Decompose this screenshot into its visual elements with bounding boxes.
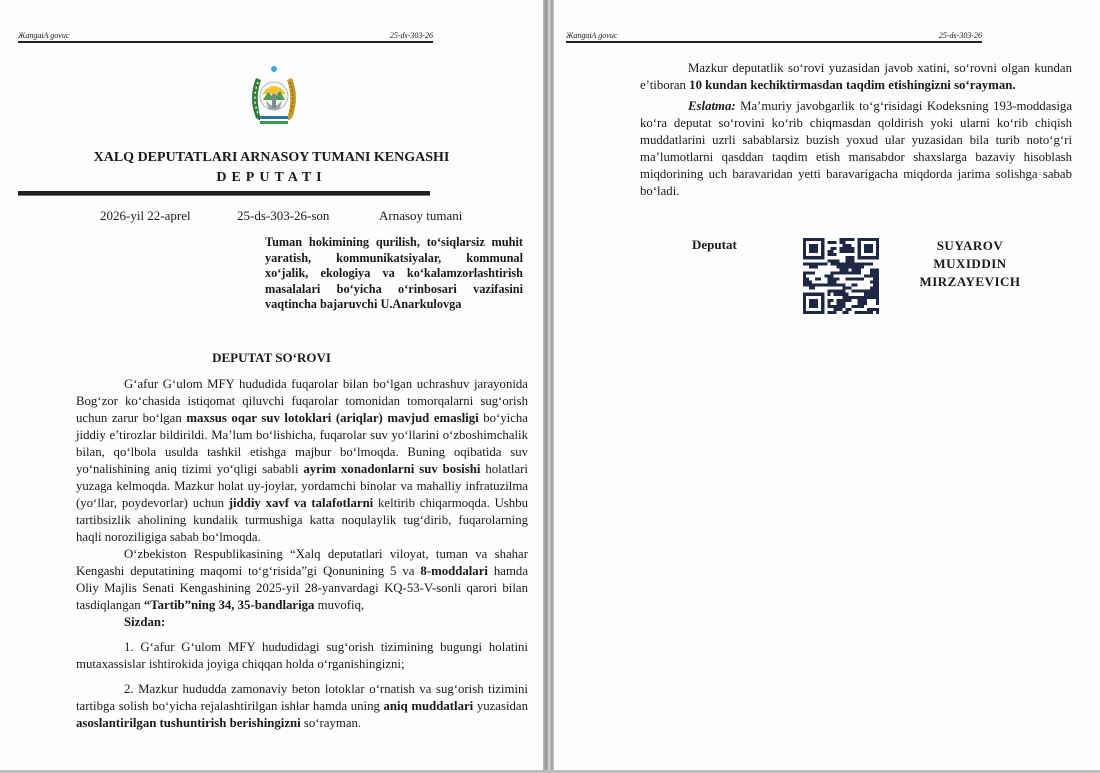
page-header: ЖangaiA govuc 25-ds-303-26 [18,31,433,43]
header-left-text: ЖangaiA govuc [566,31,617,40]
signer-patronymic: MIRZAYEVICH [900,273,1040,291]
paragraph-note: Eslatma: Ma’muriy javobgarlik to‘g‘risid… [640,98,1072,200]
document-body-continued: Mazkur deputatlik so‘rovi yuzasidan javo… [640,60,1072,200]
paragraph-legal-basis: O‘zbekiston Respublikasining “Xalq deput… [76,546,528,614]
header-left-text: ЖangaiA govuc [18,31,69,40]
note-text: Ma’muriy javobgarlik to‘g‘risidagi Kodek… [640,99,1072,198]
qr-code-icon[interactable] [803,237,879,315]
document-page-1: ЖangaiA govuc 25-ds-303-26 XALQ DEPUTATL… [0,0,543,773]
paragraph-complaint: G‘afur G‘ulom MFY hududida fuqarolar bil… [76,376,528,546]
header-doc-number: 25-ds-303-26 [939,31,982,40]
page-separator [543,0,554,773]
document-number: 25-ds-303-26-son [237,208,329,224]
request-item-2: 2. Mazkur hududda zamonaviy beton lotokl… [76,681,528,732]
document-date: 2026-yil 22-aprel [100,208,191,224]
document-place: Arnasoy tumani [379,208,462,224]
signer-surname: SUYAROV [900,237,1040,255]
header-doc-number: 25-ds-303-26 [390,31,433,40]
request-item-1: 1. G‘afur G‘ulom MFY hududidagi sug‘oris… [76,639,528,673]
signature-role: Deputat [692,237,737,253]
signer-name: SUYAROV MUXIDDIN MIRZAYEVICH [900,237,1040,291]
signer-firstname: MUXIDDIN [900,255,1040,273]
coat-of-arms-icon [246,64,302,130]
paragraph-response-deadline: Mazkur deputatlik so‘rovi yuzasidan javo… [640,60,1072,94]
addressee-block: Tuman hokimining qurilish, to‘siqlarsiz … [265,235,523,313]
organization-subtitle: DEPUTATI [0,170,543,186]
header-divider [18,191,430,196]
note-label: Eslatma: [688,99,736,113]
request-heading: Sizdan: [76,614,528,631]
organization-name: XALQ DEPUTATLARI ARNASOY TUMANI KENGASHI [0,150,543,166]
document-title: DEPUTAT SO‘ROVI [0,350,543,366]
document-body: G‘afur G‘ulom MFY hududida fuqarolar bil… [76,376,528,740]
page-header: ЖangaiA govuc 25-ds-303-26 [566,31,982,43]
